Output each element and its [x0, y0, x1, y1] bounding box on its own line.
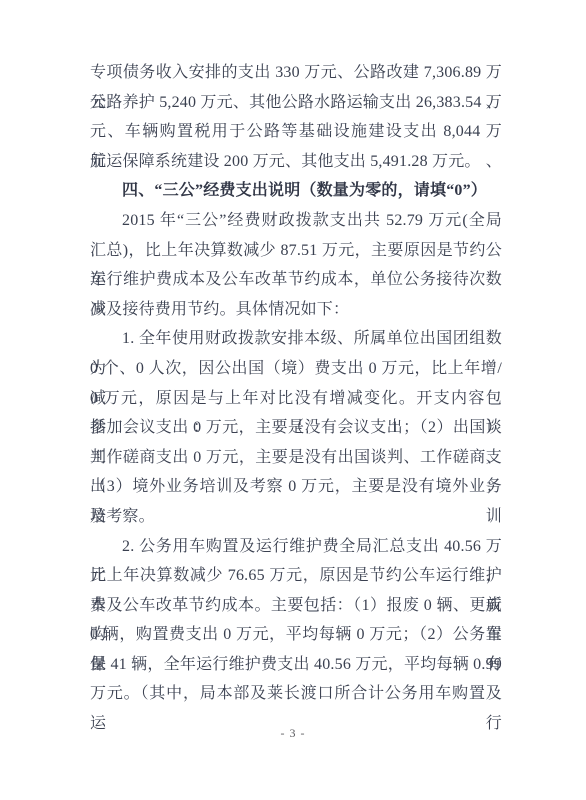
- text-line: 0 个、0 人次，因公出国（境）费支出 0 万元，比上年增/减: [90, 354, 502, 384]
- text-line: 比上年决算数减少 76.65 万元，原因是节约公车运行维护费成: [90, 561, 502, 591]
- text-line: 元、车辆购置税用于公路等基础设施建设支出 8,044 万元、: [90, 117, 502, 147]
- text-line: 公路养护 5,240 万元、其他公路水路运输支出 26,383.54 万: [90, 88, 502, 118]
- text-line: 专项债务收入安排的支出 330 万元、公路改建 7,306.89 万元、: [90, 58, 502, 88]
- text-line: （3）境外业务培训及考察 0 万元，主要是没有境外业务培训: [90, 472, 502, 502]
- text-line: 工作磋商支出 0 万元，主要是没有出国谈判、工作磋商支出；: [90, 443, 502, 473]
- text-line: 1. 全年使用财政拨款安排本级、所属单位出国团组数为: [90, 324, 502, 354]
- text-line: 本及公车改革节约成本。主要包括：（1）报废 0 辆、更新购置: [90, 591, 502, 621]
- text-line: 万元。（其中，局本部及莱长渡口所合计公务用车购置及运行: [90, 679, 502, 709]
- text-line: 量 41 辆，全年运行维护费支出 40.56 万元，平均每辆 0.99: [90, 650, 502, 680]
- text-line: 2. 公务用车购置及运行维护费全局汇总支出 40.56 万元，: [90, 532, 502, 562]
- document-body: 专项债务收入安排的支出 330 万元、公路改建 7,306.89 万元、 公路养…: [90, 58, 502, 709]
- text-line: 0 万元，原因是与上年对比没有增减变化。开支内容包括：（1）: [90, 384, 502, 414]
- document-page: 专项债务收入安排的支出 330 万元、公路改建 7,306.89 万元、 公路养…: [0, 0, 586, 800]
- page-number: - 3 -: [0, 724, 586, 742]
- text-line: 航运保障系统建设 200 万元、其他支出 5,491.28 万元。: [90, 147, 502, 177]
- text-line: 汇总)，比上年决算数减少 87.51 万元，主要原因是节约公车: [90, 236, 502, 266]
- text-line: 运行维护费成本及公车改革节约成本，单位公务接待次数减: [90, 265, 502, 295]
- text-line: 少及接待费用节约。具体情况如下：: [90, 295, 502, 325]
- text-line: 2015 年“三公”经费财政拨款支出共 52.79 万元(全局: [90, 206, 502, 236]
- text-line: 参加会议支出 0 万元，主要是没有会议支出；（2）出国谈判、: [90, 413, 502, 443]
- text-line: 0 辆，购置费支出 0 万元，平均每辆 0 万元；（2）公务车保有: [90, 620, 502, 650]
- section-heading: 四、“三公”经费支出说明（数量为零的，请填“0”）: [90, 176, 502, 206]
